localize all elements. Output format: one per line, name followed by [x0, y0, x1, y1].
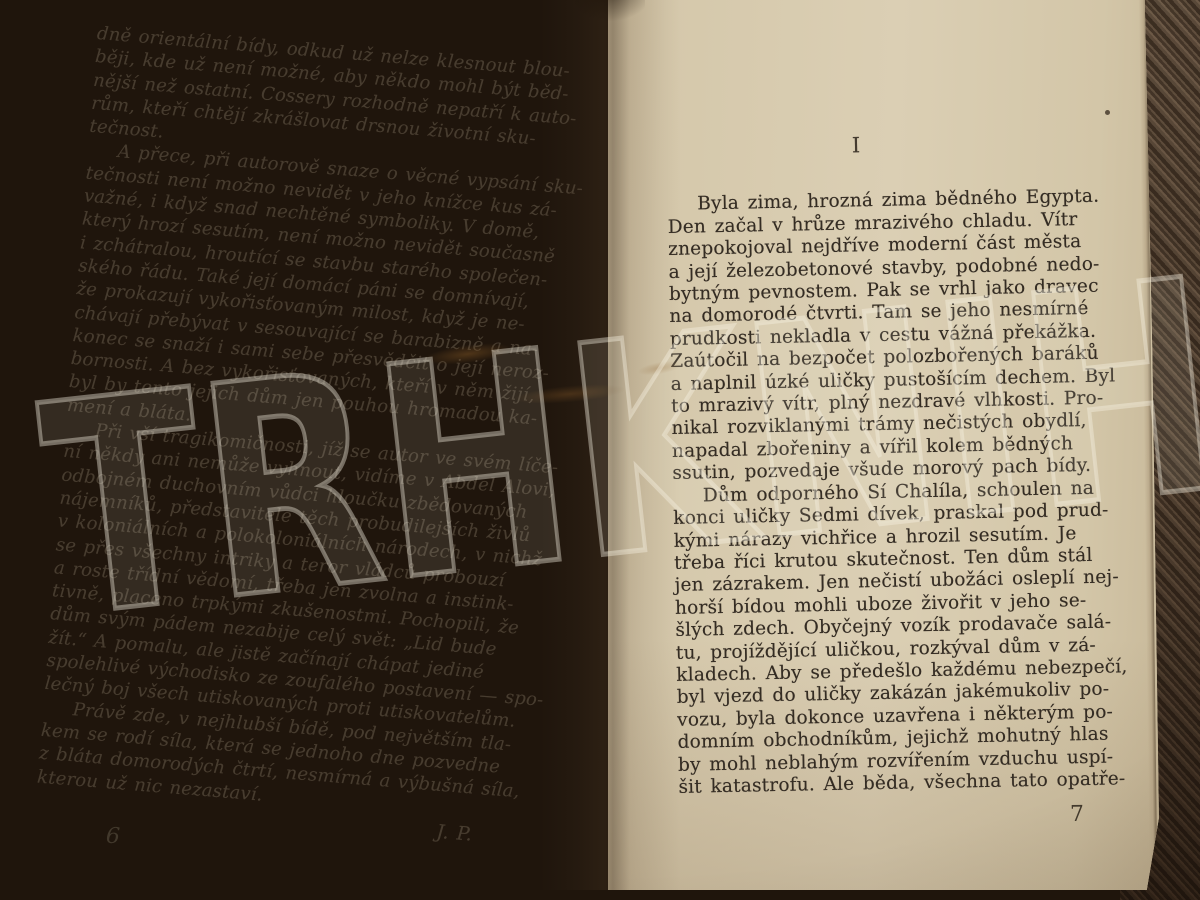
paragraph: A přece, při autorově snaze o věcné vyps…	[66, 138, 555, 454]
book-spine-gutter	[540, 0, 680, 890]
right-page-text: I Byla zima, hrozná zima bědného Egypta.…	[666, 129, 1135, 799]
page-number-left: 6	[105, 824, 120, 850]
paragraph: Byla zima, hrozná zima bědného Egypta.De…	[667, 186, 1129, 486]
page-number-right: 7	[1070, 802, 1084, 827]
right-page-paragraphs: Byla zima, hrozná zima bědného Egypta.De…	[667, 186, 1135, 800]
left-page-text: dně orientální bídy, odkud už nelze kles…	[34, 22, 564, 849]
left-page-paragraphs: dně orientální bídy, odkud už nelze kles…	[36, 22, 564, 826]
paragraph: Při vší tragikomičnosti, jíž se autor ve…	[44, 417, 533, 733]
paragraph: Dům odporného Sí Chalíla, schoulen nakon…	[673, 477, 1135, 799]
paper-speck	[1105, 110, 1110, 115]
